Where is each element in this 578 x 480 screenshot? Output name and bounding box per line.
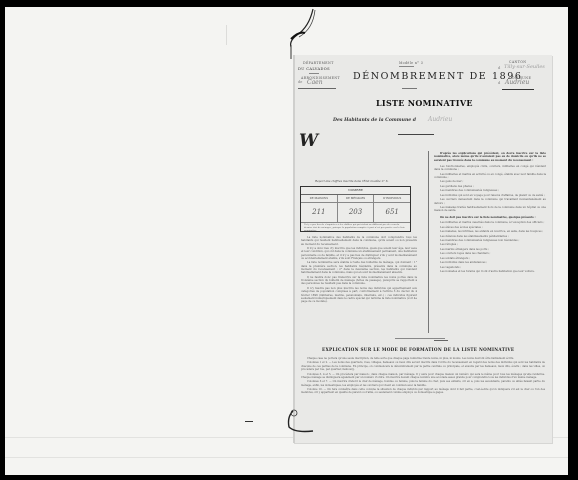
list-item: Les marins étrangers dans les ports ; [434,248,546,251]
canton-prefix: d [498,66,500,70]
list-item: Les militaires et marins casernés dans l… [434,221,546,224]
list-item: Les élèves des écoles spéciales ; [434,226,546,229]
list-item: Les gardiens des phares ; [434,185,546,188]
table-note: Il n'y a pas lieu de s'inquiéter si les … [301,223,410,233]
arrondissement-prefix: de [298,80,302,84]
handwritten-margin-mark: W [299,131,318,151]
canton-value: Tilly-sur-Seulles [504,64,545,70]
list-item: Les militaires et marins en activité ou … [434,173,546,180]
list-item: Les détenus dans les établissements péni… [434,235,546,238]
column-maisons: de maisons [301,195,338,202]
explication-text: Chaque case ne portera qu'une seule insc… [301,357,545,396]
liste-nominative-heading: LISTE NOMINATIVE [376,98,473,108]
list-item: Les individus qui sont en voyage pour ra… [434,194,546,197]
column-individus: d'individus [374,195,410,202]
scan-mark [245,421,253,422]
list-item: Les nomades et les forains qui n'ont d'a… [434,270,546,273]
form-model-label: Modèle n° 3 [399,61,423,65]
value-maisons: 211 [301,203,338,222]
list-item: Les gens de mer ; [434,180,546,183]
paragraph: Colonnes 3, 4 et 5. — On procédera par m… [301,373,545,380]
column-menages: de ménages [338,195,375,202]
commune-prefix: d [498,81,500,85]
left-instructions: La liste nominative des habitants de la … [301,236,417,305]
departement-label: DÉPARTEMENT [303,61,334,65]
paragraph: La liste nominative sera établie à l'aid… [301,261,417,274]
list-item: Les fonctionnaires, employés civils, ouv… [434,165,546,172]
paragraph: Il n'y faudra pas non plus inscrire les … [301,287,417,303]
list-item: Les malades, les infirmes, les enfants e… [434,230,546,233]
list-item: Les ouvriers logés dans les chantiers ; [434,252,546,255]
paragraph: Il n'y a donc lieu d'y inscrire que les … [301,247,417,260]
table-caption: Report des chiffres inscrits dans l'État… [315,179,388,183]
table-column-headers: de maisons de ménages d'individus [301,195,410,203]
commune-line-value: Audrieu [428,116,452,123]
list-item: Les ouvriers demeurant dans la commune q… [434,198,546,205]
explication-title: EXPLICATION SUR LE MODE DE FORMATION DE … [322,347,514,352]
table-header: NOMBRE [301,187,410,195]
paragraph: La liste nominative des habitants de la … [301,236,417,246]
table-row: 211 203 651 [301,203,410,223]
right-heading-2: On ne doit pas inscrire sur la liste nom… [434,216,546,219]
column-separator [428,151,429,333]
list-item: Les réfugiés ; [434,243,546,246]
census-form: DÉPARTEMENT du CALVADOS ARRONDISSEMENT d… [293,55,552,443]
paragraph: Colonne 10. — On fera connaître dans cet… [301,388,545,395]
paragraph: Chaque case ne portera qu'une seule insc… [301,357,545,360]
arrondissement-value: Caen [307,79,323,86]
list-item: Les malades traités habituellement hors … [434,206,546,213]
list-item: Les vagabonds ; [434,266,546,269]
right-instructions: D'après les explications qui précèdent, … [434,152,546,275]
right-intro: D'après les explications qui précèdent, … [434,152,546,162]
scan-line [5,457,568,458]
list-item: Les membres des communautés religieuses … [434,239,546,242]
scan-mark [226,25,227,45]
list-item: Les individus dans les ambulances ; [434,261,546,264]
departement-value: du CALVADOS [298,67,330,71]
list-item: Les membres des communautés religieuses … [434,189,546,192]
commune-value: Audrieu [505,79,529,86]
scanned-page: DÉPARTEMENT du CALVADOS ARRONDISSEMENT d… [5,7,568,475]
value-individus: 651 [374,203,410,222]
commune-line-label: Des Habitants de la Commune d [333,118,416,123]
paragraph: Colonnes 6 et 7. — On inscrira d'abord l… [301,380,545,387]
binding-string-icon [285,7,325,59]
paragraph: Il ne faudra donc pas transcrire sur la … [301,276,417,286]
list-item: Les soldats étrangers ; [434,257,546,260]
value-menages: 203 [338,203,375,222]
binding-string-icon [285,407,325,437]
paragraph: Colonnes 1 et 2. — Les noms des quartier… [301,361,545,371]
nombre-table: NOMBRE de maisons de ménages d'individus… [300,186,411,232]
